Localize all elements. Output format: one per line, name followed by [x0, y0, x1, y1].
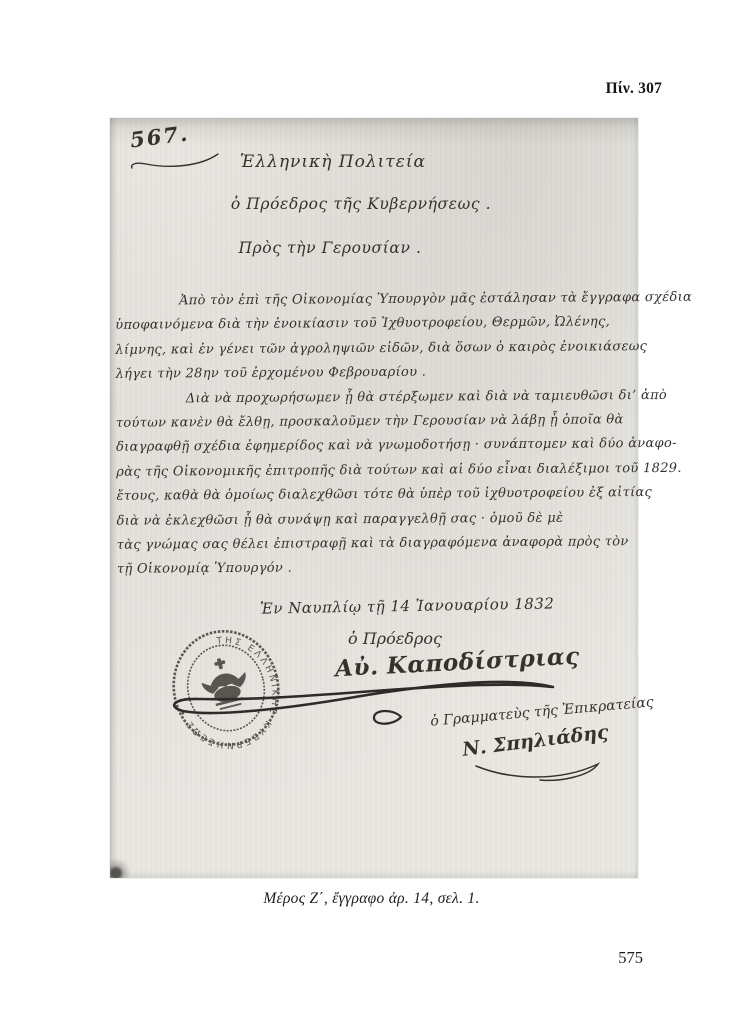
letter-body-line: ἔτους, καθὰ θὰ ὁμοίως διαλεχθῶσι τότε θὰ…	[116, 481, 634, 509]
letter-body-line: λήγει τὴν 28ην τοῦ ἐρχομένου Φεβρουαρίου…	[115, 359, 633, 387]
figure-caption: Μέρος Ζ΄, ἔγγραφο ἀρ. 14, σελ. 1.	[0, 890, 743, 908]
letterhead-recipient: Πρὸς τὴν Γερουσίαν .	[220, 239, 440, 257]
scanned-letter: 567. Ἑλληνικὴ Πολιτεία ὁ Πρόεδρος τῆς Κυ…	[110, 118, 638, 878]
letter-body-line: Διὰ νὰ προχωρήσωμεν ᾗ θὰ στέρξωμεν καὶ δ…	[116, 384, 634, 412]
letter-body-line: ρὰς τῆς Οἰκονομικῆς ἐπιτροπῆς διὰ τούτων…	[116, 457, 634, 485]
letter-body-line: διαγραφθῇ σχέδια ἐφημερίδος καὶ νὰ γνωμο…	[116, 433, 634, 461]
letterhead-state-title: Ἑλληνικὴ Πολιτεία	[198, 152, 468, 172]
book-page: Πίν. 307 567. Ἑλληνικὴ Πολιτεία ὁ Πρόεδρ…	[0, 0, 743, 1027]
letter-body-line: τῇ Οἰκονομίᾳ Ὑπουργόν .	[117, 555, 635, 583]
letter-body-line: Ἀπὸ τὸν ἐπὶ τῆς Οἰκονομίας Ὑπουργὸν μᾶς …	[115, 286, 633, 314]
page-number: 575	[618, 948, 643, 968]
secretary-signature-flourish	[470, 758, 610, 784]
letter-body-line: ὑποφαινόμενα διὰ τὴν ἐνοικίασιν τοῦ Ἰχθυ…	[115, 311, 633, 339]
letterhead-office-title: ὁ Πρόεδρος τῆς Κυβερνήσεως .	[206, 195, 516, 213]
letter-body-line: λίμνης, καὶ ἐν γένει τῶν ἀγροληψιῶν εἰδῶ…	[115, 335, 633, 363]
dateline: Ἐν Ναυπλίῳ τῇ 14 Ἰανουαρίου 1832	[260, 594, 555, 617]
letter-body-line: διὰ νὰ ἐκλεχθῶσι ᾗ θὰ συνάψῃ καὶ παραγγε…	[117, 506, 635, 534]
signer-title: ὁ Πρόεδρος	[348, 629, 442, 648]
plate-label: Πίν. 307	[606, 80, 662, 98]
signature-paraph-flourish	[165, 671, 565, 733]
letter-body-line: τούτων κανὲν θὰ ἔλθῃ, προσκαλοῦμεν τὴν Γ…	[116, 408, 634, 436]
letter-body: Ἀπὸ τὸν ἐπὶ τῆς Οἰκονομίας Ὑπουργὸν μᾶς …	[115, 286, 635, 582]
letter-body-line: τὰς γνώμας σας θέλει ἐπιστραφῇ καὶ τὰ δι…	[117, 530, 635, 558]
